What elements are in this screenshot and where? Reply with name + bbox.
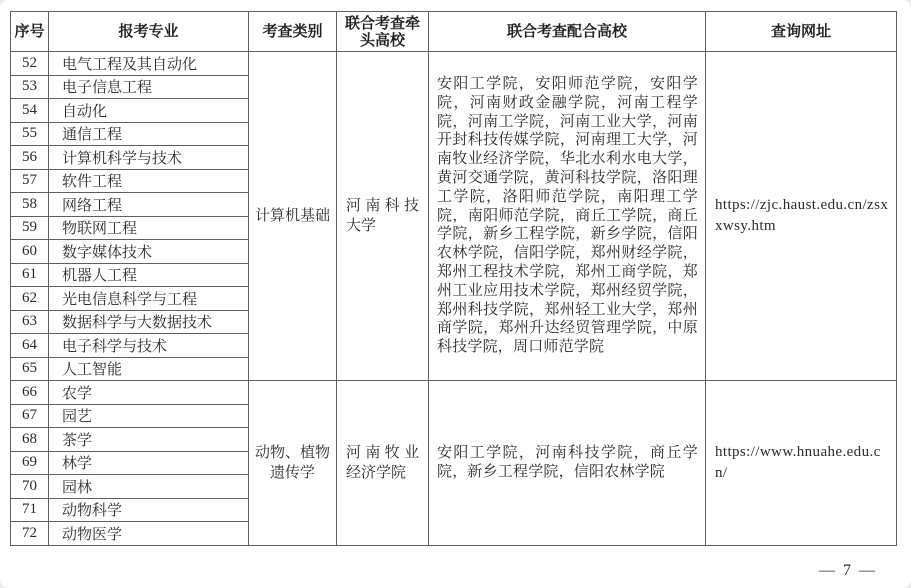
major-name-cell: 园林 (49, 475, 249, 499)
serial-number-cell: 62 (11, 287, 49, 311)
serial-number-cell: 71 (11, 498, 49, 522)
major-name-cell: 软件工程 (49, 169, 249, 193)
major-name-cell: 园艺 (49, 404, 249, 428)
serial-number-cell: 57 (11, 169, 49, 193)
serial-number-cell: 67 (11, 404, 49, 428)
major-name-cell: 动物医学 (49, 522, 249, 546)
major-exam-table: 序号 报考专业 考查类别 联合考查牵头高校 联合考查配合高校 查询网址 52电气… (10, 11, 897, 546)
serial-number-cell: 63 (11, 310, 49, 334)
query-url-link[interactable]: https://www.hnuahe.edu.cn/ (706, 381, 897, 546)
serial-number-cell: 53 (11, 75, 49, 99)
serial-number-cell: 60 (11, 240, 49, 264)
serial-number-cell: 58 (11, 193, 49, 217)
col-header-major: 报考专业 (49, 12, 249, 52)
lead-university-cell: 河南科技大学 (337, 52, 429, 381)
query-url-link[interactable]: https://zjc.haust.edu.cn/zsxxwsy.htm (706, 52, 897, 381)
col-header-exam-category: 考查类别 (249, 12, 337, 52)
major-name-cell: 电子信息工程 (49, 75, 249, 99)
table-row: 66农学动物、植物遗传学河南牧业经济学院安阳工学院，河南科技学院，商丘学院，新乡… (11, 381, 897, 405)
major-name-cell: 电气工程及其自动化 (49, 52, 249, 76)
major-name-cell: 数字媒体技术 (49, 240, 249, 264)
serial-number-cell: 68 (11, 428, 49, 452)
serial-number-cell: 70 (11, 475, 49, 499)
partner-universities-cell: 安阳工学院，安阳师范学院，安阳学院，河南财政金融学院，河南工程学院，河南工学院，… (429, 52, 706, 381)
serial-number-cell: 69 (11, 451, 49, 475)
exam-category-cell: 计算机基础 (249, 52, 337, 381)
major-name-cell: 自动化 (49, 99, 249, 123)
major-name-cell: 光电信息科学与工程 (49, 287, 249, 311)
page-number: — 7 — (819, 562, 877, 580)
lead-university-cell: 河南牧业经济学院 (337, 381, 429, 546)
major-name-cell: 人工智能 (49, 357, 249, 381)
major-name-cell: 通信工程 (49, 122, 249, 146)
serial-number-cell: 59 (11, 216, 49, 240)
col-header-query-url: 查询网址 (706, 12, 897, 52)
table-header-row: 序号 报考专业 考查类别 联合考查牵头高校 联合考查配合高校 查询网址 (11, 12, 897, 52)
major-name-cell: 林学 (49, 451, 249, 475)
major-name-cell: 数据科学与大数据技术 (49, 310, 249, 334)
major-name-cell: 电子科学与技术 (49, 334, 249, 358)
major-name-cell: 计算机科学与技术 (49, 146, 249, 170)
col-header-partner-universities: 联合考查配合高校 (429, 12, 706, 52)
serial-number-cell: 65 (11, 357, 49, 381)
document-page: 序号 报考专业 考查类别 联合考查牵头高校 联合考查配合高校 查询网址 52电气… (0, 0, 911, 588)
exam-category-cell: 动物、植物遗传学 (249, 381, 337, 546)
major-name-cell: 机器人工程 (49, 263, 249, 287)
col-header-serial-number: 序号 (11, 12, 49, 52)
serial-number-cell: 52 (11, 52, 49, 76)
major-name-cell: 农学 (49, 381, 249, 405)
serial-number-cell: 55 (11, 122, 49, 146)
major-name-cell: 茶学 (49, 428, 249, 452)
major-name-cell: 动物科学 (49, 498, 249, 522)
serial-number-cell: 56 (11, 146, 49, 170)
major-name-cell: 物联网工程 (49, 216, 249, 240)
serial-number-cell: 72 (11, 522, 49, 546)
table-body: 52电气工程及其自动化计算机基础河南科技大学安阳工学院，安阳师范学院，安阳学院，… (11, 52, 897, 546)
serial-number-cell: 61 (11, 263, 49, 287)
major-name-cell: 网络工程 (49, 193, 249, 217)
partner-universities-cell: 安阳工学院，河南科技学院，商丘学院，新乡工程学院，信阳农林学院 (429, 381, 706, 546)
serial-number-cell: 54 (11, 99, 49, 123)
serial-number-cell: 64 (11, 334, 49, 358)
table-row: 52电气工程及其自动化计算机基础河南科技大学安阳工学院，安阳师范学院，安阳学院，… (11, 52, 897, 76)
serial-number-cell: 66 (11, 381, 49, 405)
col-header-lead-university: 联合考查牵头高校 (337, 12, 429, 52)
